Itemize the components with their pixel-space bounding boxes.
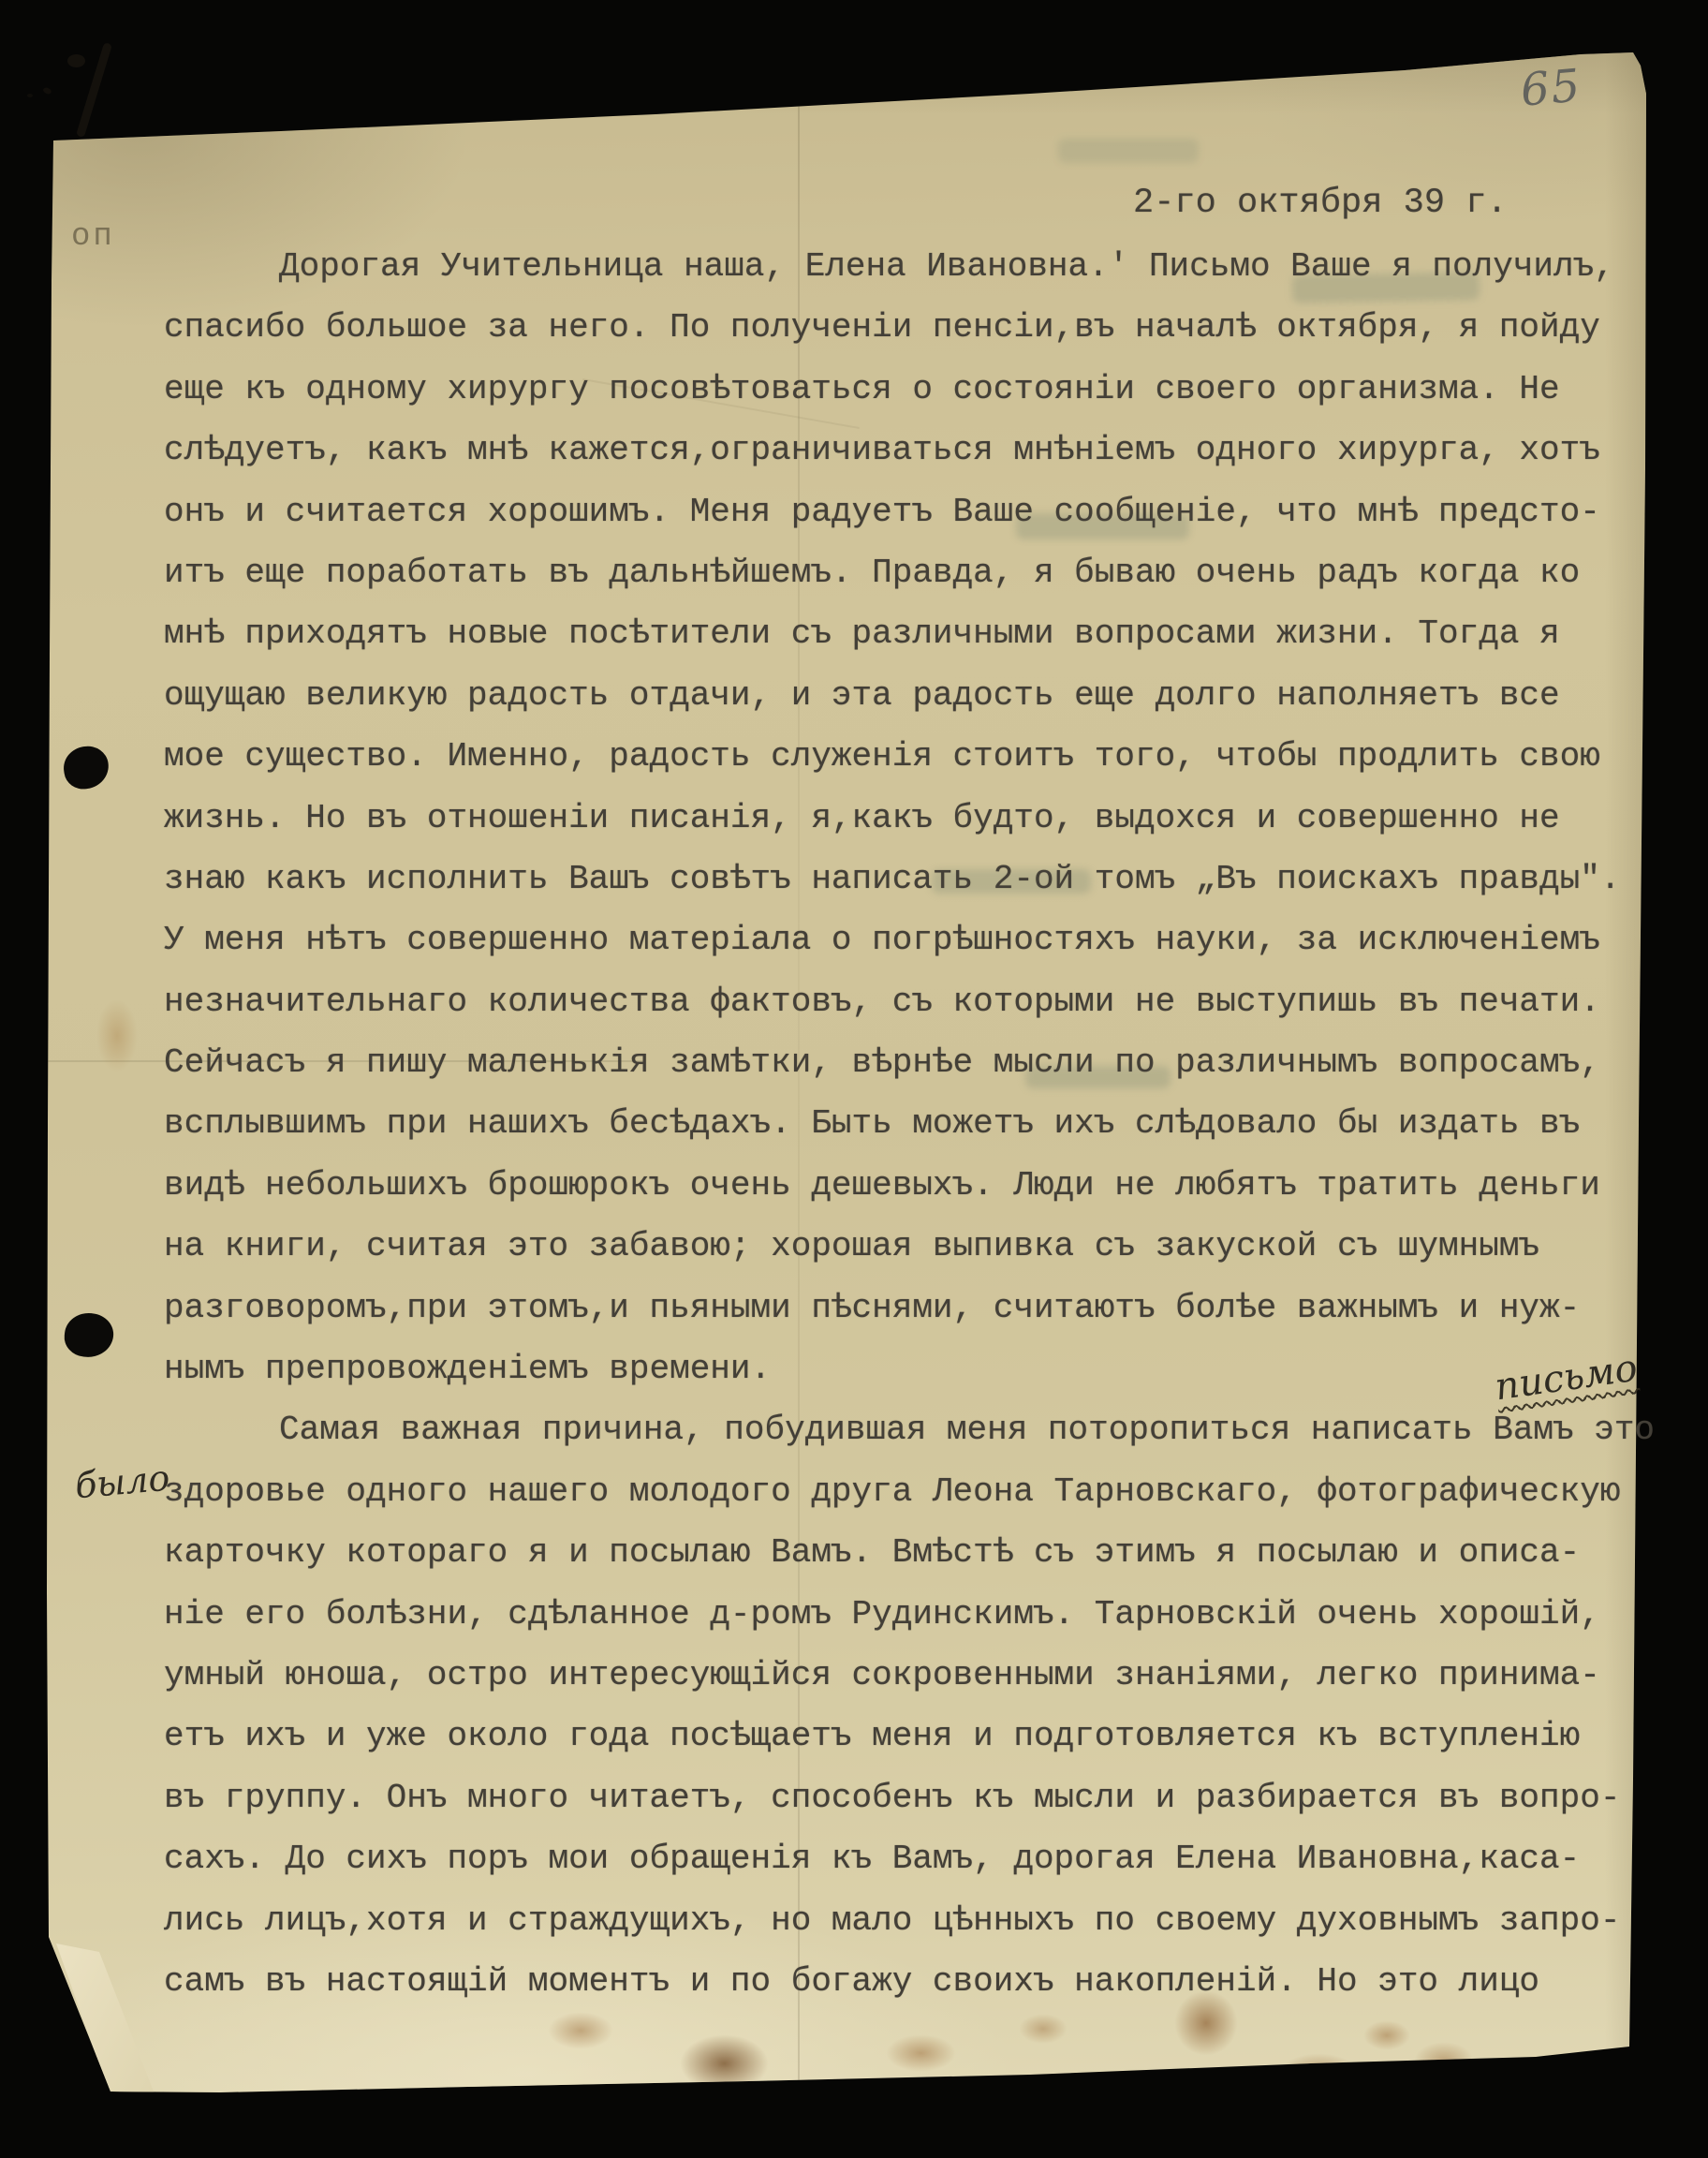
typed-line: видѣ небольшихъ брошюрокъ очень дешевыхъ…: [164, 1155, 1643, 1216]
handwritten-margin-note: было: [73, 1457, 171, 1507]
typed-line: мое существо. Именно, радость служенія с…: [164, 726, 1643, 787]
typed-line: ощущаю великую радость отдачи, и эта рад…: [164, 665, 1643, 726]
typed-line: разговоромъ,при этомъ,и пьяными пѣснями,…: [164, 1278, 1643, 1338]
typed-line: въ группу. Онъ много читаетъ, способенъ …: [164, 1767, 1643, 1828]
margin-mark: оп: [71, 219, 115, 255]
typed-line: знаю какъ исполнить Вашъ совѣтъ написать…: [164, 849, 1643, 909]
typed-line: нымъ препровожденіемъ времени.: [164, 1338, 1643, 1399]
typed-line: незначительнаго количества фактовъ, съ к…: [164, 971, 1643, 1032]
typed-line: слѣдуетъ, какъ мнѣ кажется,ограничиватьс…: [164, 420, 1643, 480]
page-number: 65: [1519, 59, 1584, 116]
typed-line: Самая важная причина, побудившая меня по…: [164, 1399, 1643, 1460]
typed-line: на книги, считая это забавою; хорошая вы…: [164, 1216, 1643, 1277]
typed-line: мнѣ приходятъ новые посѣтители съ различ…: [164, 603, 1643, 664]
typed-line: карточку котораго я и посылаю Вамъ. Вмѣс…: [164, 1522, 1643, 1583]
typed-line: етъ ихъ и уже около года посѣщаетъ меня …: [164, 1706, 1643, 1766]
typed-line: самъ въ настоящій моментъ и по богажу св…: [164, 1951, 1643, 2012]
letter-body: Дорогая Учительница наша, Елена Ивановна…: [164, 236, 1643, 2012]
typed-line: жизнь. Но въ отношеніи писанія, я,какъ б…: [164, 788, 1643, 849]
bleed-through-smudge: [1058, 139, 1199, 163]
typed-line: Сейчасъ я пишу маленькія замѣтки, вѣрнѣе…: [164, 1032, 1643, 1093]
typed-line: сахъ. До сихъ поръ мои обращенія къ Вамъ…: [164, 1828, 1643, 1889]
typed-line: здоровье одного нашего молодого друга Ле…: [164, 1461, 1643, 1522]
typed-line: итъ еще поработать въ дальнѣйшемъ. Правд…: [164, 542, 1643, 603]
ink-blot: [42, 86, 52, 95]
typed-line: У меня нѣтъ совершенно матеріала о погрѣ…: [164, 909, 1643, 970]
page-content-layer: 65 оп 2-го октября 39 г. Дорогая Учитель…: [0, 0, 1708, 2158]
typed-line: Дорогая Учительница наша, Елена Ивановна…: [164, 236, 1643, 297]
scanned-letter-page: 65 оп 2-го октября 39 г. Дорогая Учитель…: [0, 0, 1708, 2158]
typed-line: ніе его болѣзни, сдѣланное д-ромъ Рудинс…: [164, 1584, 1643, 1645]
typed-line: онъ и считается хорошимъ. Меня радуетъ В…: [164, 481, 1643, 542]
typed-line: умный юноша, остро интересующійся сокров…: [164, 1645, 1643, 1706]
typed-line: спасибо большое за него. По полученіи пе…: [164, 297, 1643, 358]
ink-blot: [67, 54, 85, 67]
letter-date: 2-го октября 39 г.: [1133, 184, 1508, 223]
ink-blot: [27, 94, 33, 97]
typed-line: лись лицъ,хотя и страждущихъ, но мало цѣ…: [164, 1890, 1643, 1951]
typed-line: всплывшимъ при нашихъ бесѣдахъ. Быть мож…: [164, 1093, 1643, 1154]
typed-line: еще къ одному хирургу посовѣтоваться о с…: [164, 359, 1643, 420]
